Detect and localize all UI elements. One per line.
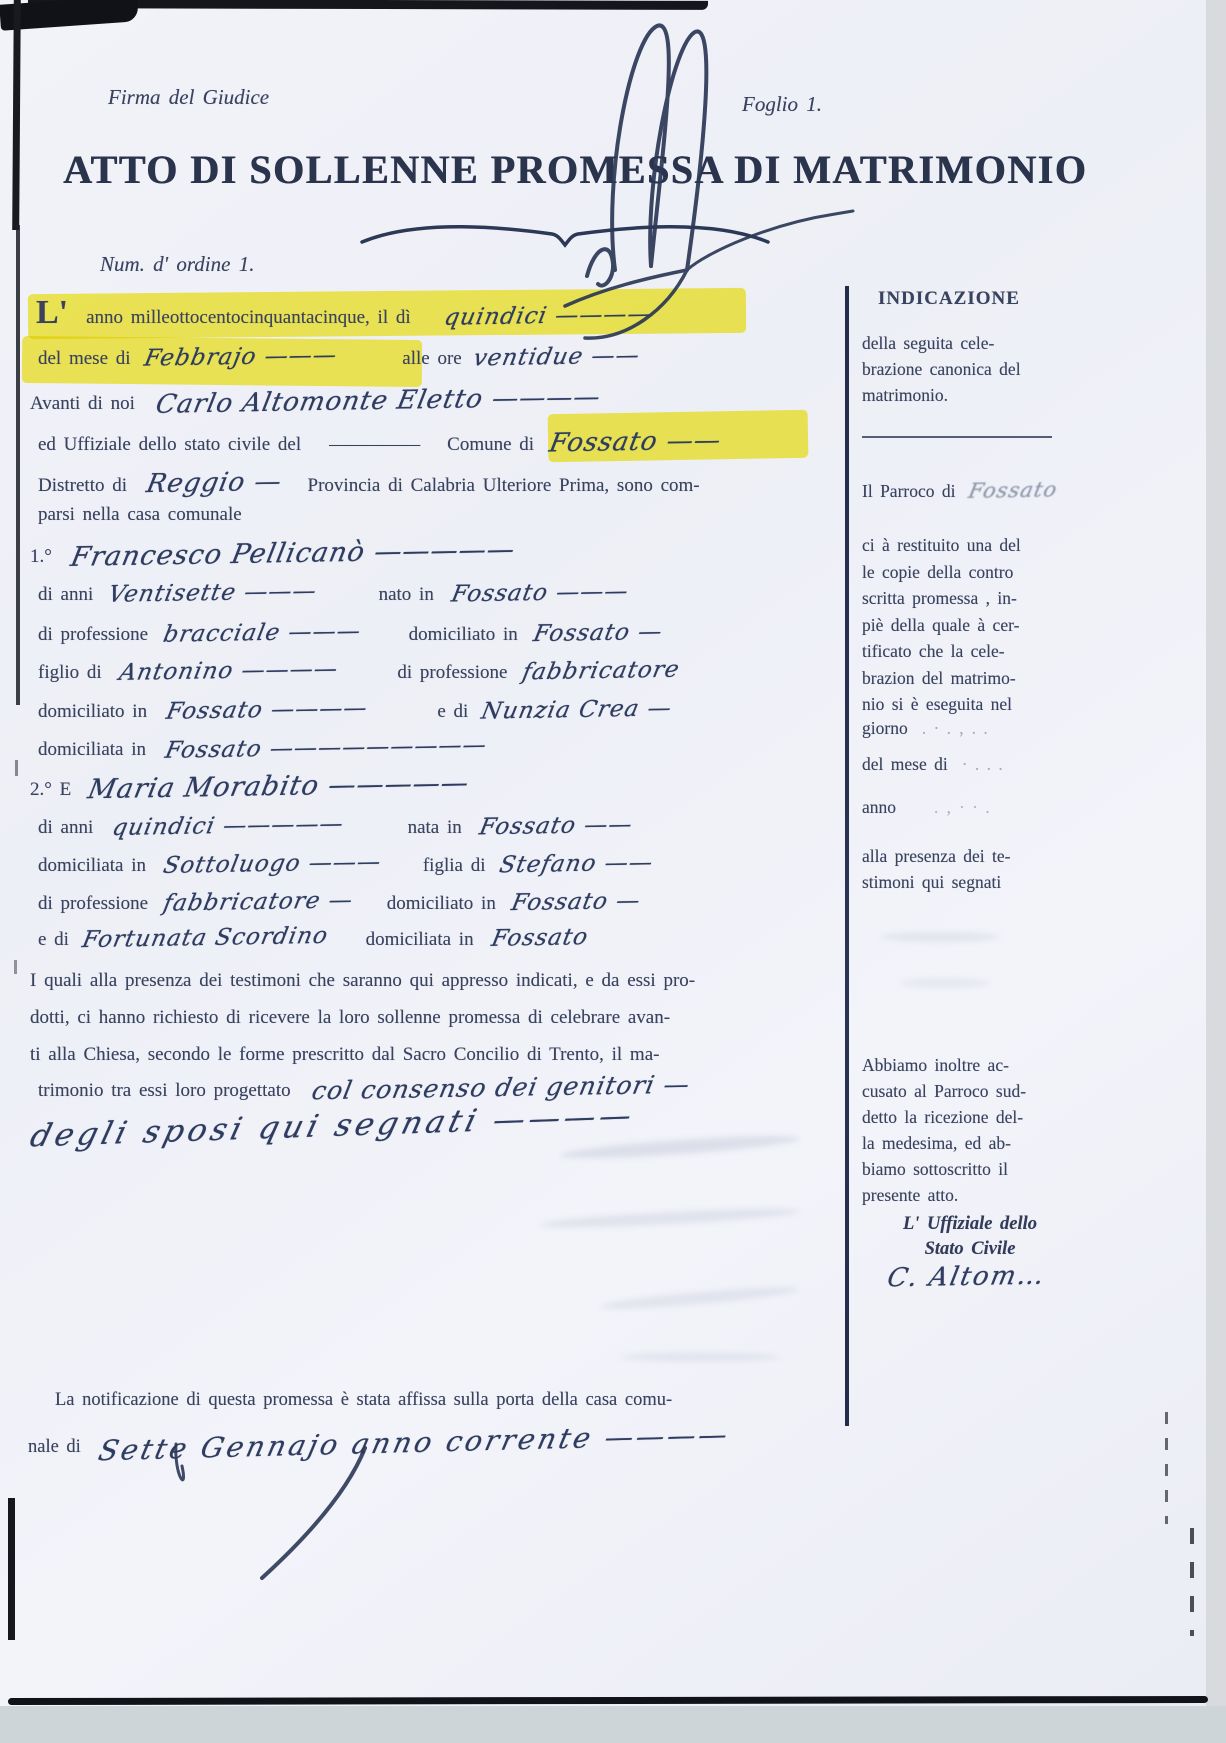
dropcap-L: L': [36, 294, 68, 331]
faint-dots: . ‚ · · .: [934, 797, 990, 817]
print-text: alle ore: [402, 348, 461, 369]
column-divider: [845, 286, 849, 1426]
print-text: Provincia di Calabria Ulteriore Prima, s…: [308, 475, 700, 496]
blank-dashes: —————: [329, 434, 419, 455]
handwritten-domicile: Fossato: [489, 924, 590, 952]
print-text: domiciliata in: [38, 739, 146, 760]
act-line-officer: Avanti di noi Carlo Altomonte Eletto ———…: [30, 386, 600, 416]
sidebar-restituito-paragraph: ci à restituito una del le copie della c…: [862, 532, 1072, 718]
handwritten-domicile: Fossato —: [531, 619, 665, 647]
bride-name-line: 2.° E Maria Morabito —————: [30, 771, 469, 802]
groom-father-line: figlio di Antonino ———— di professione f…: [38, 658, 680, 684]
ghost-mark: [620, 1352, 780, 1362]
bride-father-profession-line: di professione fabbricatore — domiciliat…: [38, 889, 640, 915]
firma-label-text: Firma del Giudice: [108, 85, 269, 109]
handwritten-officer-name: Carlo Altomonte Eletto ————: [153, 382, 603, 420]
sidebar-heading-text: INDICAZIONE: [878, 288, 1020, 309]
groom-profession-line: di professione bracciale ——— domiciliato…: [38, 620, 662, 646]
judge-signature: [545, 8, 865, 358]
handwritten-mother-name: Fortunata Scordino: [80, 923, 331, 953]
scan-edge-left: [8, 1498, 15, 1640]
sidebar-subheading: della seguita cele- brazione canonica de…: [862, 330, 1072, 408]
scan-edge-right-dashes: [1165, 1412, 1168, 1524]
notification-flourish: [110, 1436, 430, 1586]
print-text: del mese di: [862, 754, 948, 774]
act-line-distretto: Distretto di Reggio — Provincia di Calab…: [38, 468, 700, 498]
print-text: di professione: [38, 893, 148, 914]
official-signature: C. Altom…: [888, 1262, 1045, 1292]
sidebar-anno-line: anno . ‚ · · .: [862, 797, 990, 818]
sidebar-giorno-line: giorno . · . ‚ . .: [862, 718, 988, 739]
sidebar-accusato-paragraph: Abbiamo inoltre ac- cusato al Parroco su…: [862, 1052, 1077, 1208]
print-text: parsi nella casa comunale: [38, 504, 242, 525]
ghost-mark: [540, 1205, 800, 1231]
closing-tail-line: trimonio tra essi loro progettato col co…: [38, 1073, 689, 1102]
handwritten-profession: bracciale ———: [161, 618, 363, 647]
handwritten-parroco-place: Fossato: [967, 477, 1060, 503]
handwritten-official-signature: C. Altom…: [885, 1261, 1049, 1294]
handwritten-father-name: Stefano ——: [497, 850, 655, 879]
print-text: di professione: [397, 662, 507, 683]
handwritten-father-name: Antonino ————: [117, 656, 341, 686]
bride-mother-line: e di Fortunata Scordino domiciliata in F…: [38, 925, 588, 951]
print-text: domiciliato in: [409, 624, 518, 645]
handwritten-domicile: Fossato —: [509, 888, 643, 916]
groom-age-line: di anni Ventisette ——— nato in Fossato —…: [38, 580, 628, 606]
handwritten-domicile: Fossato —————————: [163, 732, 489, 764]
ordinal-1: 1.°: [30, 546, 52, 567]
handwritten-father-profession: fabbricatore —: [161, 887, 355, 916]
handwritten-domicile: Fossato ————: [164, 695, 370, 724]
sidebar-rule: [862, 436, 1052, 438]
bride-domicile-line: domiciliata in Sottoluogo ——— figlia di …: [38, 851, 652, 877]
ordinal-2: 2.° E: [30, 779, 71, 800]
handwritten-mother-name: Nunzia Crea —: [479, 695, 674, 724]
print-text: trimonio tra essi loro progettato: [38, 1080, 291, 1101]
handwritten-distretto: Reggio —: [144, 467, 285, 499]
print-text: giorno: [862, 718, 908, 738]
firma-del-giudice-label: Firma del Giudice: [108, 85, 269, 110]
handwritten-age: Ventisette ———: [106, 578, 319, 608]
act-line-comune: ed Uffiziale dello stato civile del ————…: [38, 427, 721, 457]
print-text: del mese di: [38, 348, 131, 369]
notification-line-1: La notificazione di questa promessa è st…: [55, 1390, 672, 1411]
print-text: Distretto di: [38, 475, 127, 496]
num-ordine: Num. d' ordine 1.: [100, 252, 254, 277]
handwritten-comune: Fossato ——: [547, 426, 724, 459]
bride-age-line: di anni quindici ————— nata in Fossato —…: [38, 813, 632, 839]
faint-dots: · . . .: [962, 754, 1003, 774]
closing-handwritten-line: degli sposi qui segnati ————: [34, 1108, 632, 1144]
act-line-casa-comunale: parsi nella casa comunale: [38, 504, 242, 526]
groom-name-line: 1.° Francesco Pellicanò —————: [30, 538, 514, 569]
scan-edge-bottom: [8, 1696, 1208, 1705]
sidebar-presenza-paragraph: alla presenza dei te- stimoni qui segnat…: [862, 843, 1072, 895]
print-text: ed Uffiziale dello stato civile del: [38, 434, 301, 455]
print-text: nato in: [379, 584, 434, 605]
num-ordine-text: Num. d' ordine 1.: [100, 252, 254, 276]
official-title: L' Uffiziale dello Stato Civile: [880, 1212, 1060, 1262]
handwritten-month: Febbrajo ———: [142, 342, 340, 371]
print-text: anno milleottocentocinquantacinque, il d…: [86, 307, 411, 328]
scan-edge-left: [15, 760, 18, 776]
handwritten-bride-name: Maria Morabito —————: [86, 768, 473, 806]
print-text: domiciliata in: [366, 929, 474, 950]
scan-edge-left: [14, 960, 17, 974]
handwritten-consent-2: degli sposi qui segnati ————: [27, 1098, 640, 1155]
handwritten-domicile: Sottoluogo ———: [161, 849, 384, 879]
handwritten-birthplace: Fossato ———: [449, 578, 631, 607]
scan-edge-left: [16, 225, 20, 705]
scanned-marriage-promise-document: Firma del Giudice Foglio 1. ATTO DI SOLL…: [0, 0, 1226, 1743]
ghost-mark: [880, 932, 1000, 942]
print-text: Il Parroco di: [862, 481, 955, 501]
scan-edge-right-strip: [1206, 0, 1226, 1743]
ghost-mark: [600, 1283, 800, 1312]
parroco-line: Il Parroco di Fossato: [862, 478, 1058, 502]
print-text: nata in: [408, 817, 462, 838]
print-text: di anni: [38, 584, 93, 605]
print-text: Comune di: [447, 434, 534, 455]
handwritten-birthplace: Fossato ——: [477, 812, 635, 841]
print-text: di anni: [38, 817, 93, 838]
print-text: figlio di: [38, 662, 102, 683]
handwritten-groom-name: Francesco Pellicanò —————: [68, 534, 518, 573]
handwritten-age: quindici —————: [110, 811, 346, 841]
print-text: e di: [437, 701, 468, 722]
ghost-mark: [900, 978, 990, 988]
scan-edge-top-blob: [0, 0, 139, 31]
print-text: domiciliata in: [38, 855, 146, 876]
scan-edge-left: [12, 0, 21, 230]
groom-mother-domicile-line: domiciliata in Fossato —————————: [38, 735, 486, 761]
print-text: domiciliato in: [38, 701, 147, 722]
print-text: Avanti di noi: [30, 393, 135, 414]
print-text: figlia di: [423, 855, 486, 876]
sidebar-heading: INDICAZIONE: [878, 288, 1020, 310]
scan-edge-bottom-strip: [0, 1706, 1226, 1743]
print-text: nale di: [28, 1437, 81, 1457]
handwritten-father-profession: fabbricatore: [521, 657, 683, 686]
print-text: La notificazione di questa promessa è st…: [55, 1390, 672, 1410]
groom-father-domicile-line: domiciliato in Fossato ———— e di Nunzia …: [38, 697, 672, 723]
print-text: e di: [38, 929, 69, 950]
faint-dots: . · . ‚ . .: [922, 718, 988, 738]
print-text: anno: [862, 797, 896, 817]
scan-edge-right-dashes: [1190, 1528, 1194, 1636]
print-text: domiciliato in: [387, 893, 496, 914]
closing-paragraph: I quali alla presenza dei testimoni che …: [30, 962, 790, 1073]
sidebar-mese-line: del mese di · . . .: [862, 754, 1003, 775]
print-text: di professione: [38, 624, 148, 645]
